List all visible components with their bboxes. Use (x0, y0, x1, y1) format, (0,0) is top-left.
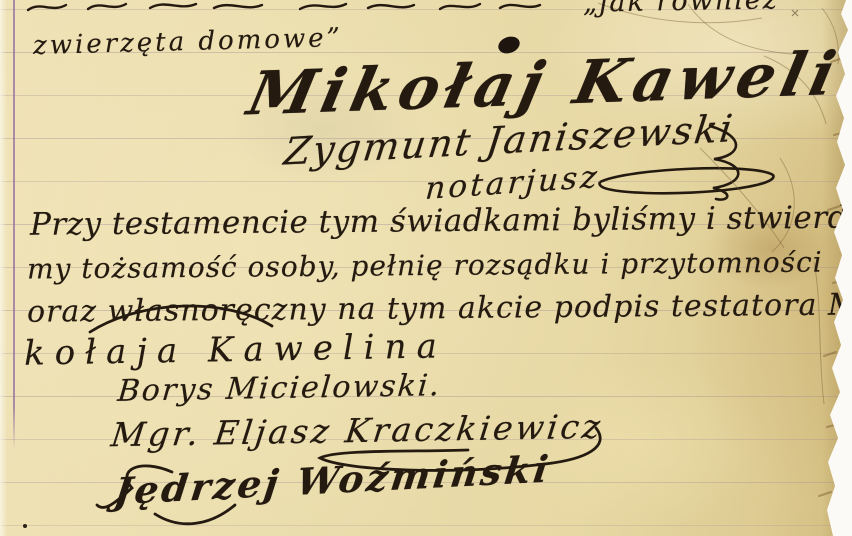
scanned-document-page: „jak również zwierzęta domowe” Mikołaj K… (0, 0, 852, 536)
margin-line (13, 0, 15, 450)
paper-sheet: „jak również zwierzęta domowe” Mikołaj K… (0, 0, 852, 536)
paragraph-line-3: oraz własnoręczny na tym akcie podpis te… (27, 287, 852, 329)
paragraph-line-2: my tożsamość osoby, pełnię rozsądku i pr… (27, 246, 823, 286)
paragraph-line-1: Przy testamencie tym świadkami byliśmy i… (30, 199, 852, 243)
witness-signature-borys: Borys Micielowski. (116, 368, 442, 409)
ruled-line (0, 525, 852, 526)
left-paper-edge (0, 0, 7, 536)
witness-signature-bottom: Jędrzej Woźmiński (112, 447, 554, 514)
quote-line: zwierzęta domowe” (33, 23, 344, 61)
notary-title: notarjusz (424, 159, 601, 207)
small-mark (792, 10, 798, 16)
top-cutoff-line-fragment: „jak również (583, 0, 779, 19)
paragraph-line-4: kołaja Kawelina (24, 326, 447, 373)
